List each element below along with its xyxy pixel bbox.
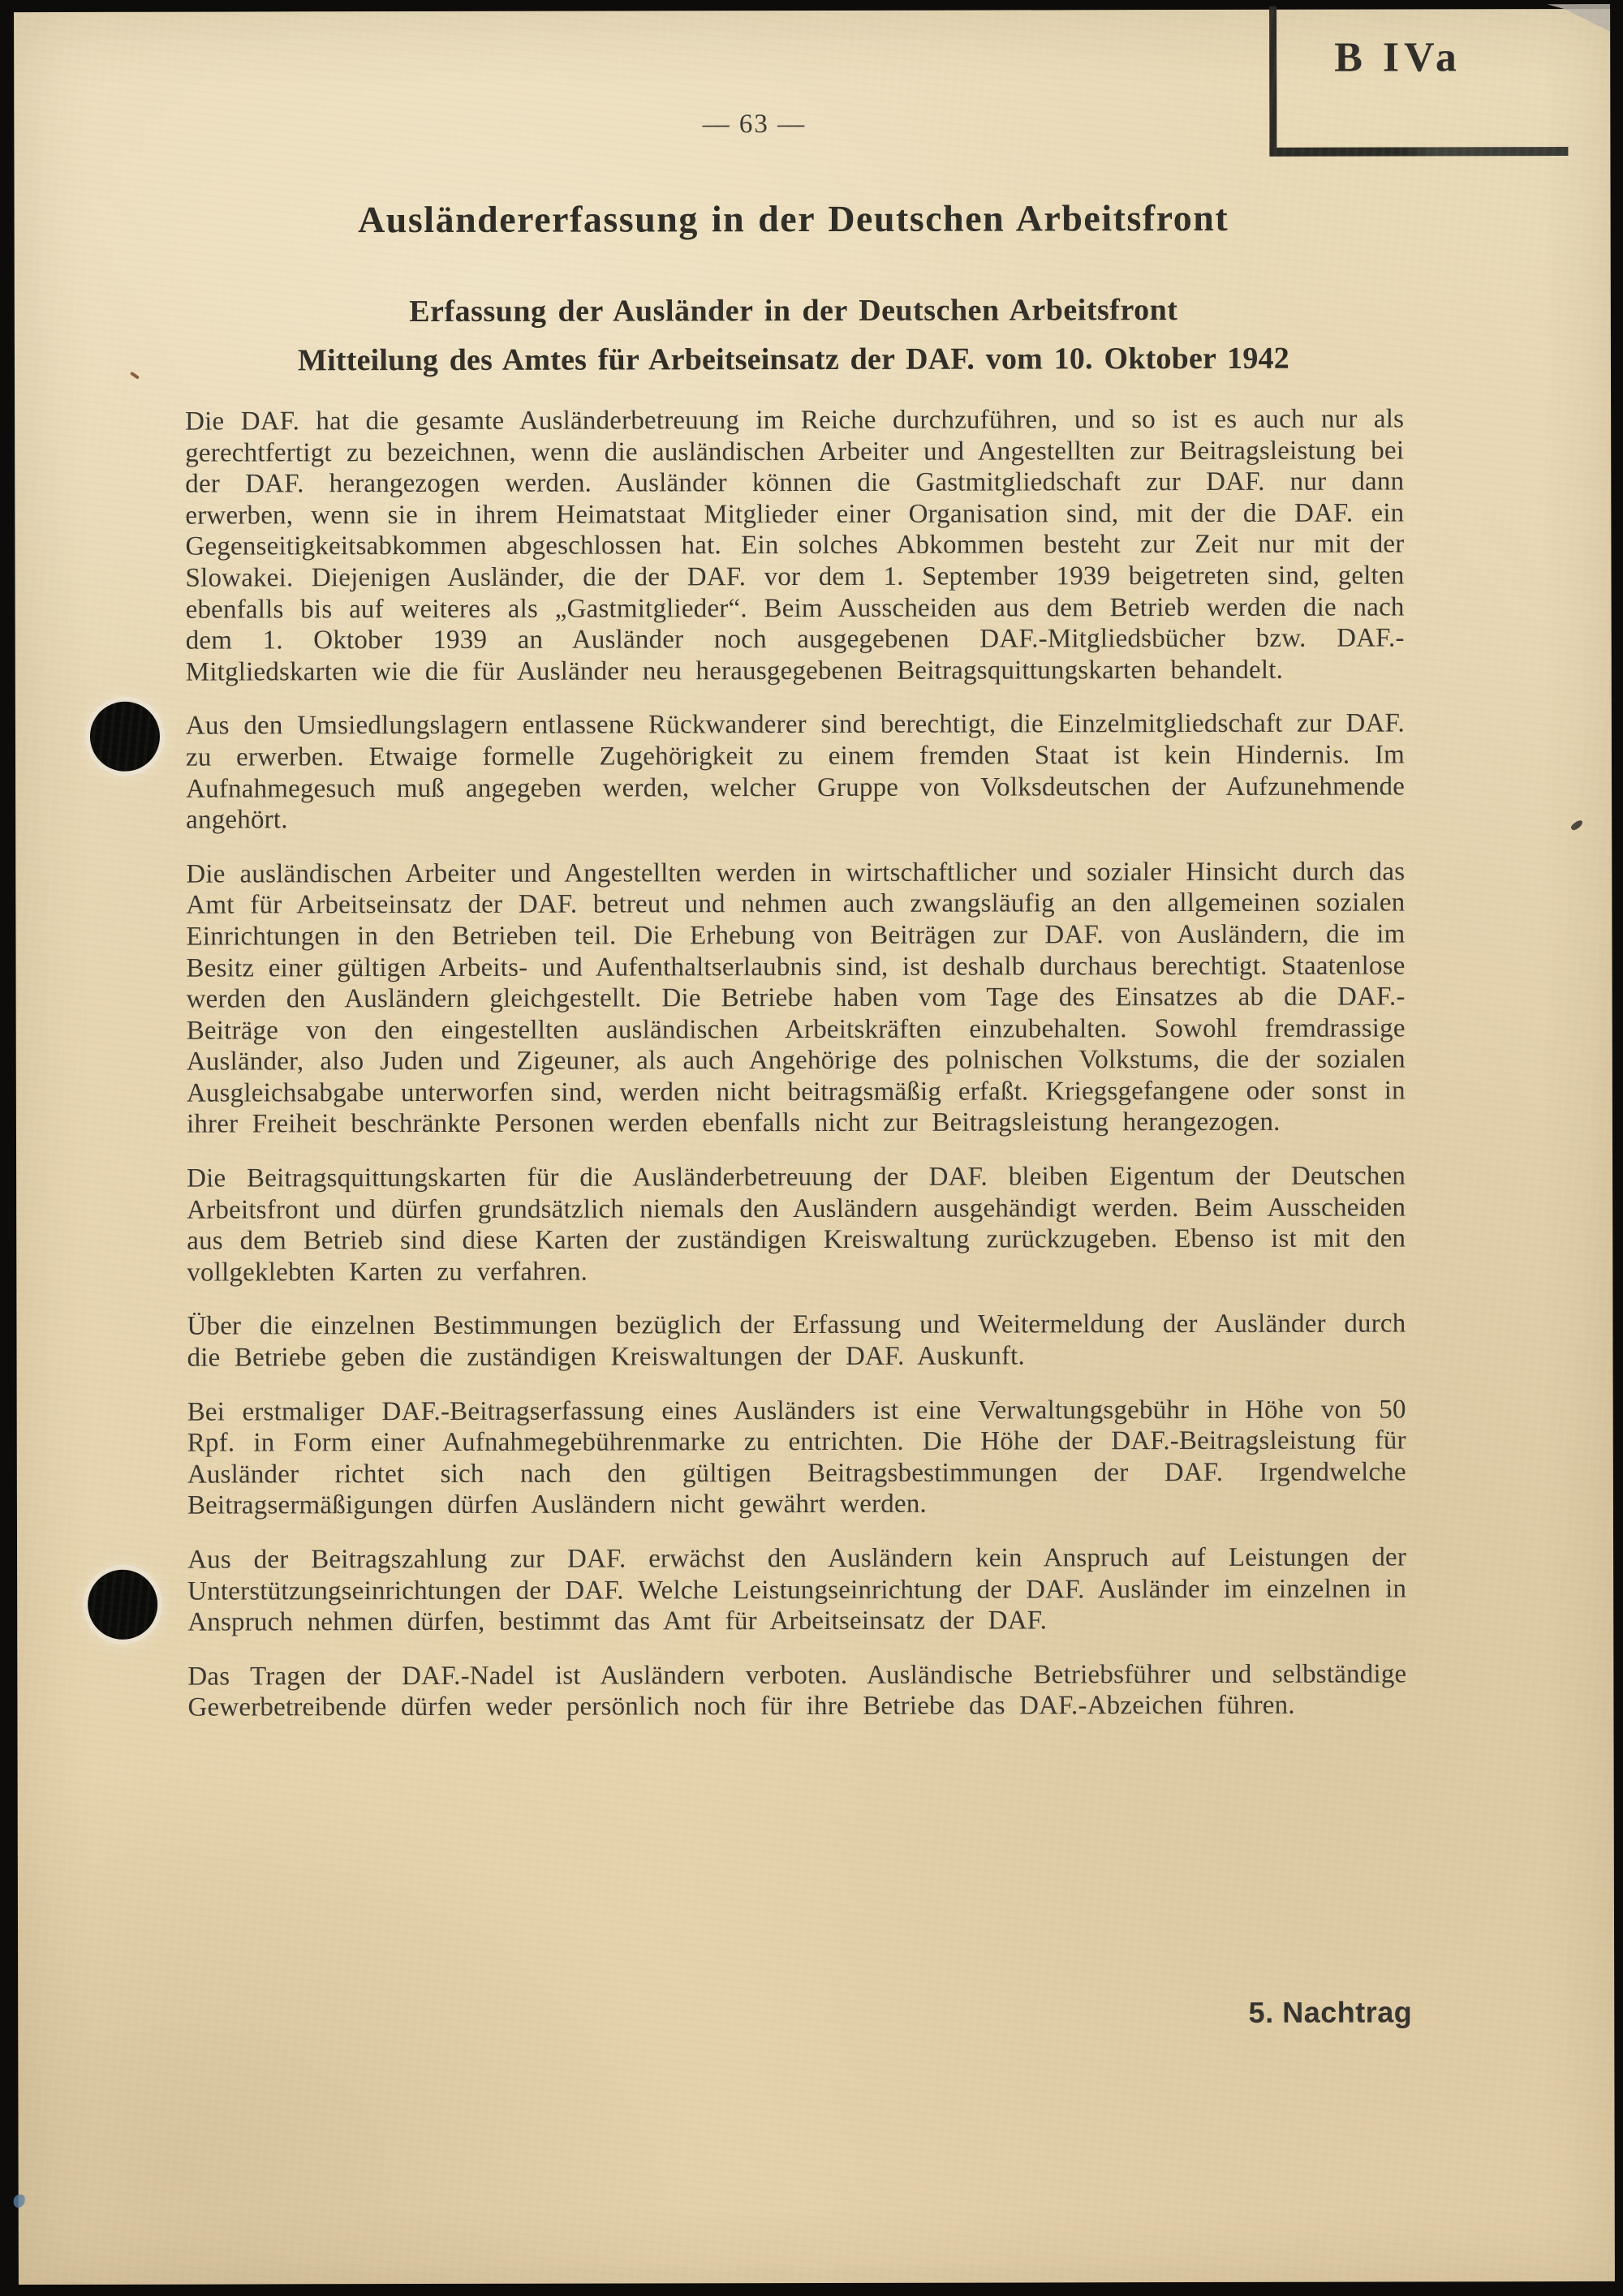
ink-mark [1569, 819, 1583, 832]
paragraph-8: Das Tragen der DAF.-Nadel ist Ausländern… [187, 1658, 1406, 1723]
paragraph-1: Die DAF. hat die gesamte Ausländerbetreu… [185, 403, 1405, 687]
document-title: Ausländererfassung in der Deutschen Arbe… [185, 196, 1402, 241]
paragraph-3: Die ausländischen Arbeiter und Angestell… [186, 856, 1406, 1140]
document-body: Die DAF. hat die gesamte Ausländerbetreu… [185, 403, 1406, 1723]
paragraph-4: Die Beitragsquittungskarten für die Ausl… [187, 1161, 1406, 1289]
paragraph-5: Über die einzelnen Bestimmungen bezüglic… [187, 1309, 1406, 1374]
document-page: B IVa — 63 — Ausländererfassung in der D… [14, 9, 1615, 2285]
tape-artifact [1547, 4, 1610, 32]
paper-speck [130, 372, 140, 380]
punch-hole-top [90, 702, 160, 772]
blue-ink-mark [14, 2195, 25, 2208]
page-number: — 63 — [145, 109, 1363, 141]
classification-label: B IVa [1334, 33, 1462, 81]
paragraph-6: Bei erstmaliger DAF.-Beitragserfassung e… [187, 1394, 1406, 1522]
scanned-document: { "page": { "classification": "B IVa", "… [0, 0, 1623, 2296]
paragraph-7: Aus der Beitragszahlung zur DAF. erwächs… [187, 1541, 1406, 1638]
classification-box-bottom-border [1269, 147, 1568, 157]
punch-hole-bottom [88, 1570, 157, 1640]
supplement-label: 5. Nachtrag [188, 1995, 1412, 2032]
document-source-line: Mitteilung des Amtes für Arbeitseinsatz … [161, 340, 1427, 378]
document-subtitle: Erfassung der Ausländer in der Deutschen… [185, 291, 1402, 329]
paragraph-2: Aus den Umsiedlungslagern entlassene Rüc… [186, 708, 1405, 836]
